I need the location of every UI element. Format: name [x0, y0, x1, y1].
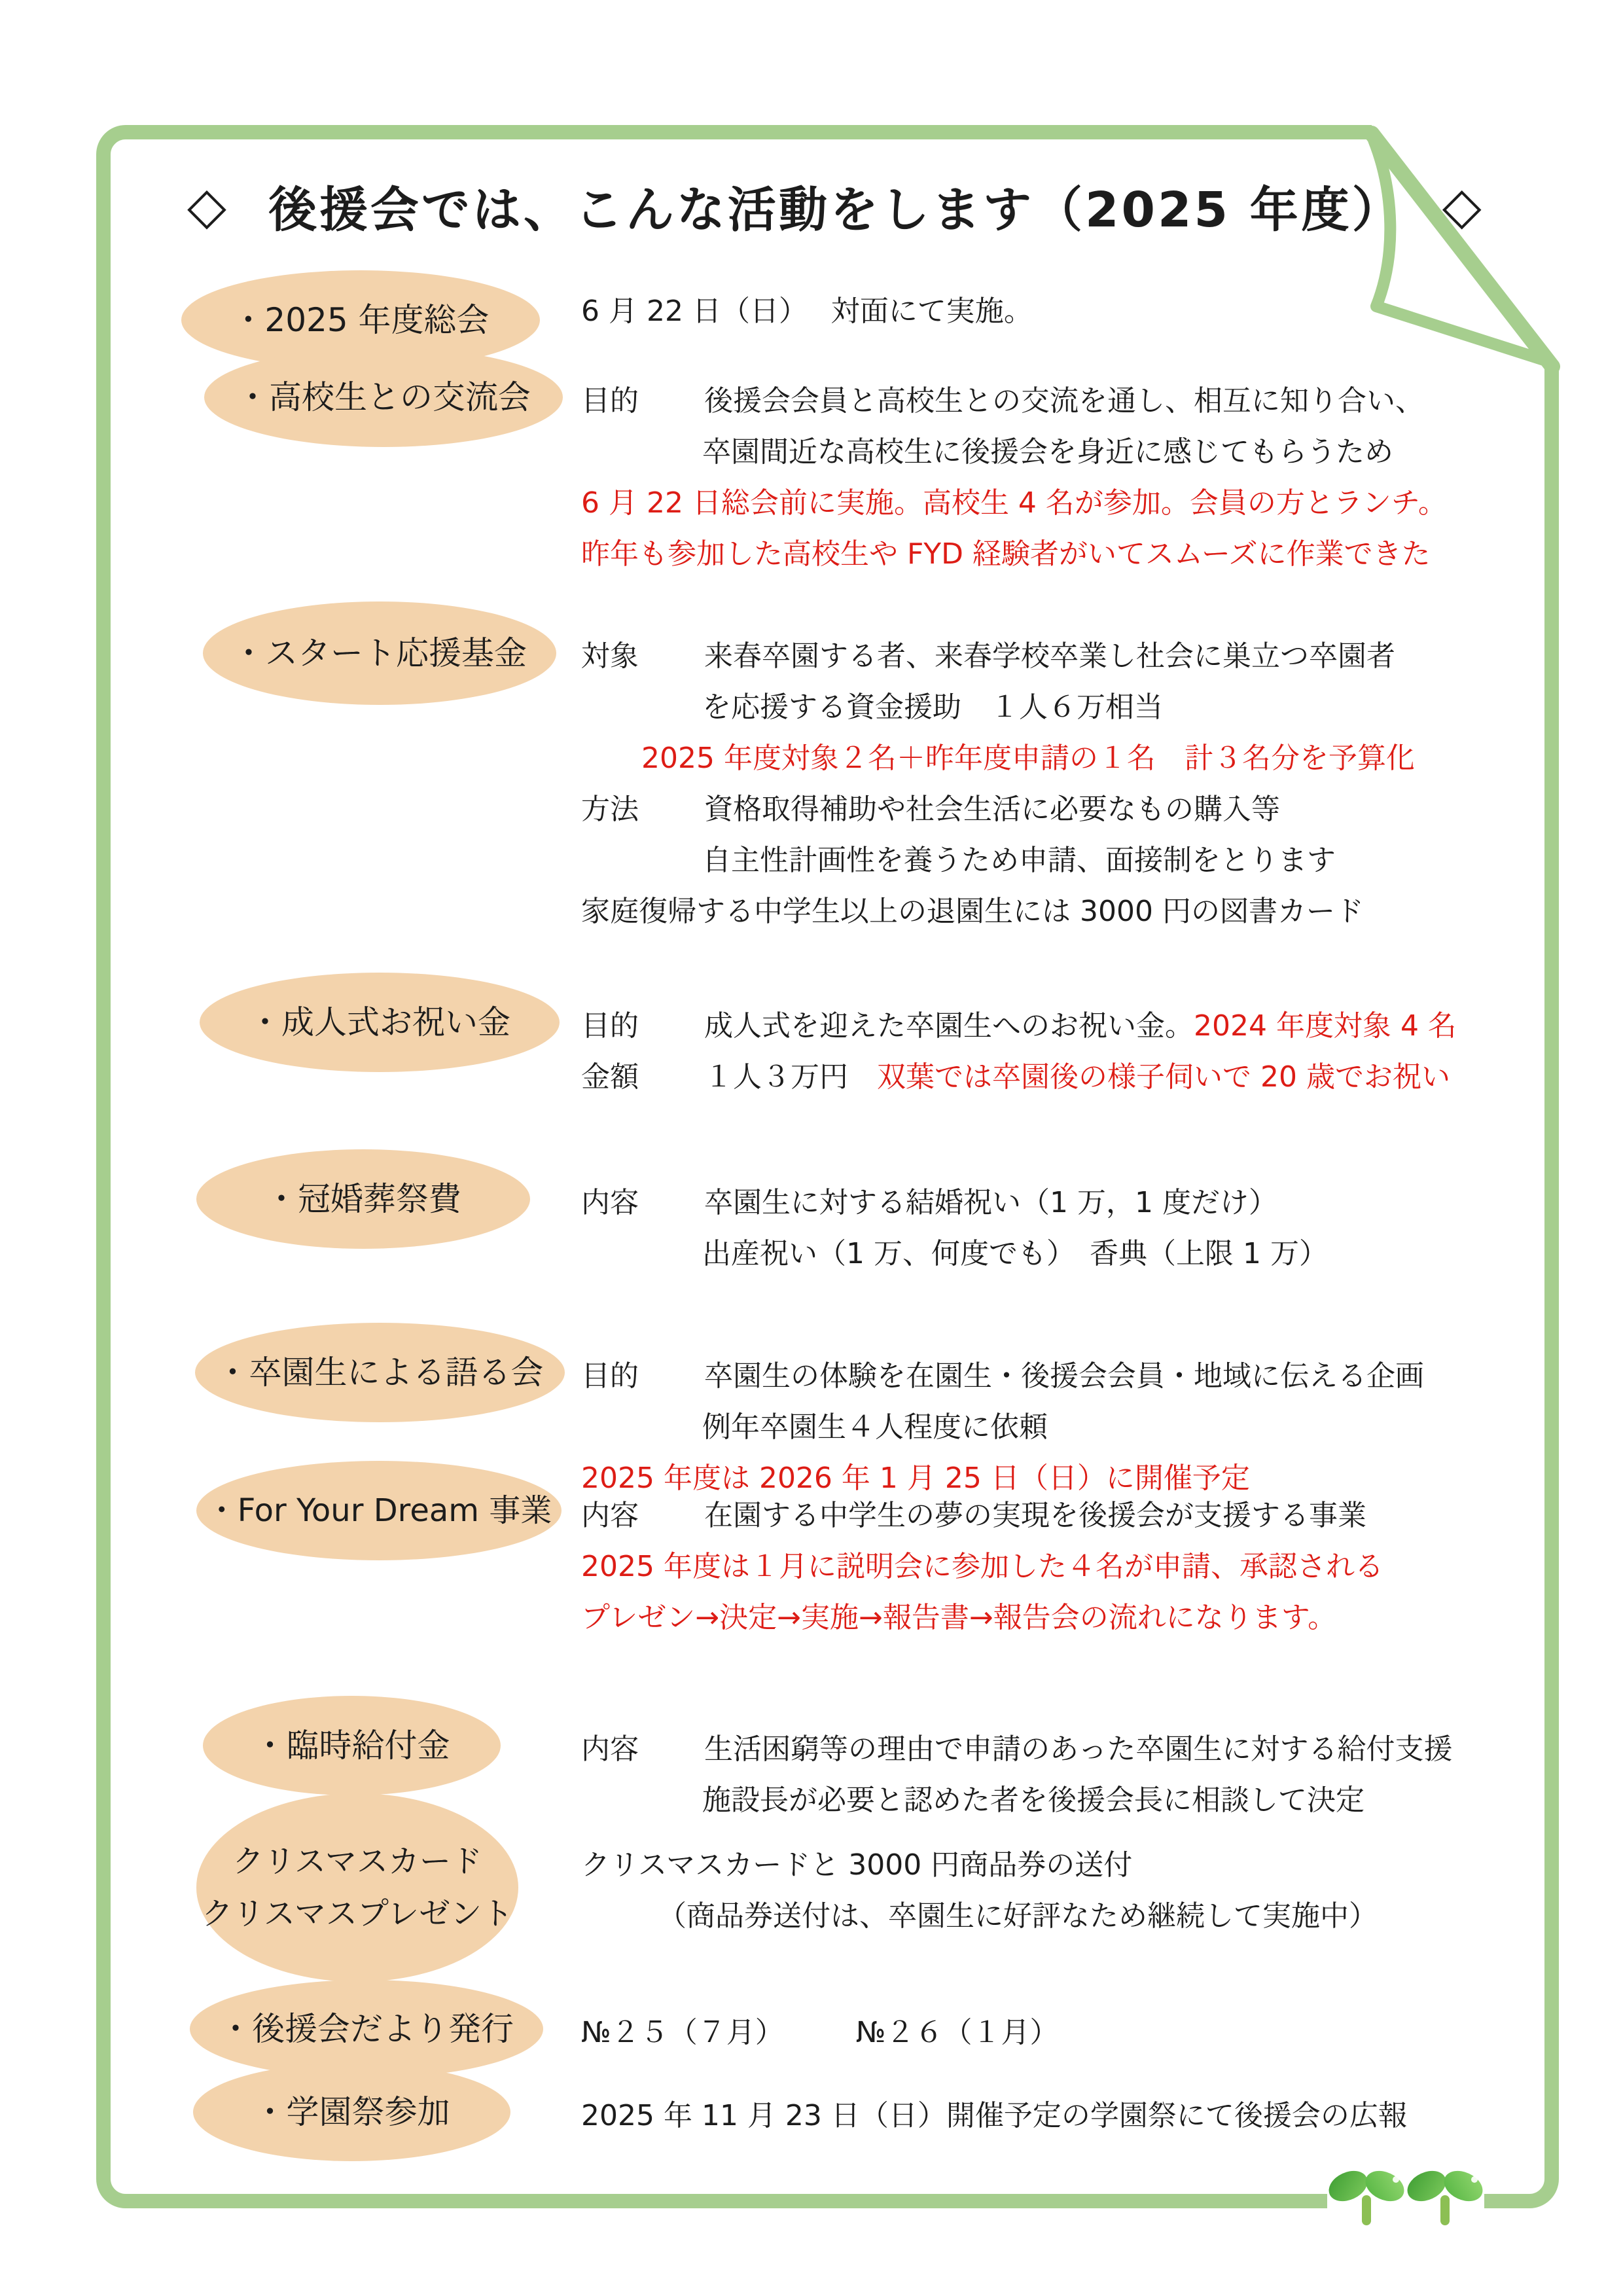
content-line: 6 月 22 日（日） 対面にて実施。 — [581, 293, 1033, 330]
content-line: 家庭復帰する中学生以上の退園生には 3000 円の図書カード — [581, 893, 1364, 930]
section-label-line: ・スタート応援基金 — [232, 627, 527, 679]
section-label-ellipse: ・For Your Dream 事業 — [196, 1461, 562, 1560]
diamond-icon-left: ◇ — [187, 177, 229, 236]
body-text: 成人式を迎えた卒園生へのお祝い金。 — [704, 1009, 1194, 1043]
section-label-ellipse: ・学園祭参加 — [193, 2063, 510, 2161]
content-line: 施設長が必要と認めた者を後援会長に相談して決定 — [702, 1782, 1364, 1819]
section-label-line: ・臨時給付金 — [254, 1719, 450, 1772]
section-label-line: クリスマスプレゼント — [202, 1888, 513, 1940]
section-label-line: ・卒園生による語る会 — [217, 1346, 544, 1399]
line-keyword: 目的 — [581, 383, 704, 420]
body-text: （商品券送付は、卒園生に好評なため継続して実施中） — [658, 1899, 1378, 1933]
body-text: １人３万円 — [704, 1060, 877, 1094]
section-label-ellipse: ・臨時給付金 — [203, 1696, 501, 1795]
section-label-ellipse: ・高校生との交流会 — [204, 348, 563, 447]
line-keyword: 金額 — [581, 1059, 704, 1096]
content-line: 自主性計画性を養うため申請、面接制をとります — [702, 842, 1336, 879]
body-text: 生活困窮等の理由で申請のあった卒園生に対する給付支援 — [704, 1732, 1453, 1766]
section-label-line: クリスマスカード — [202, 1835, 513, 1888]
body-text: 来春卒園する者、来春学校卒業し社会に巣立つ卒園者 — [704, 639, 1395, 673]
section-label: クリスマスカードクリスマスプレゼント — [202, 1835, 513, 1940]
section-label-line: ・冠婚葬祭費 — [265, 1173, 461, 1225]
content-line: （商品券送付は、卒園生に好評なため継続して実施中） — [658, 1898, 1378, 1935]
line-keyword: 目的 — [581, 1358, 704, 1395]
section-label-line: ・高校生との交流会 — [236, 371, 531, 423]
body-text: クリスマスカードと 3000 円商品券の送付 — [581, 1848, 1132, 1882]
section-label-line: ・後援会だより発行 — [219, 2003, 514, 2055]
content-line: 2025 年度は１月に説明会に参加した４名が申請、承認される — [581, 1549, 1383, 1585]
content-line: 内容在園する中学生の夢の実現を後援会が支援する事業 — [581, 1498, 1366, 1534]
section-label-line: ・For Your Dream 事業 — [206, 1484, 552, 1537]
highlight-note: 2025 年度対象２名＋昨年度申請の１名 計３名分を予算化 — [641, 742, 1415, 775]
content-line: 金額１人３万円 双葉では卒園後の様子伺いで 20 歳でお祝い — [581, 1059, 1450, 1096]
content-line: 6 月 22 日総会前に実施。高校生 4 名が参加。会員の方とランチ。 — [581, 485, 1447, 522]
section-label: ・スタート応援基金 — [232, 627, 527, 679]
body-text: 2025 年 11 月 23 日（日）開催予定の学園祭にて後援会の広報 — [581, 2099, 1407, 2132]
line-keyword: 内容 — [581, 1185, 704, 1221]
body-text: 資格取得補助や社会生活に必要なもの購入等 — [704, 793, 1280, 826]
content-line: 目的後援会会員と高校生との交流を通し、相互に知り合い、 — [581, 383, 1424, 420]
line-keyword: 目的 — [581, 1008, 704, 1045]
line-keyword: 方法 — [581, 791, 704, 828]
section-label: ・For Your Dream 事業 — [206, 1484, 552, 1537]
highlight-note: プレゼン→決定→実施→報告書→報告会の流れになります。 — [581, 1601, 1336, 1634]
content-line: 出産祝い（1 万、何度でも） 香典（上限 1 万） — [702, 1236, 1328, 1272]
section-label: ・高校生との交流会 — [236, 371, 531, 423]
section-label-ellipse: ・卒園生による語る会 — [195, 1323, 565, 1422]
section-label: ・成人式お祝い金 — [249, 996, 510, 1049]
content-line: 2025 年 11 月 23 日（日）開催予定の学園祭にて後援会の広報 — [581, 2098, 1407, 2134]
content-line: 方法資格取得補助や社会生活に必要なもの購入等 — [581, 791, 1280, 828]
section-label: ・学園祭参加 — [254, 2086, 450, 2138]
content-line: 目的成人式を迎えた卒園生へのお祝い金。2024 年度対象 4 名 — [581, 1008, 1457, 1045]
line-keyword: 内容 — [581, 1498, 704, 1534]
page-fold-icon — [1372, 134, 1552, 367]
section-label: ・冠婚葬祭費 — [265, 1173, 461, 1225]
content-line: 2025 年度は 2026 年 1 月 25 日（日）に開催予定 — [581, 1460, 1250, 1497]
content-line: №２５（７月） №２６（１月） — [581, 2015, 1059, 2051]
section-label: ・2025 年度総会 — [232, 294, 489, 346]
body-text: 後援会会員と高校生との交流を通し、相互に知り合い、 — [704, 384, 1424, 418]
body-text: 卒園間近な高校生に後援会を身近に感じてもらうため — [702, 435, 1393, 469]
highlight-note: 2025 年度は 2026 年 1 月 25 日（日）に開催予定 — [581, 1462, 1250, 1495]
page-title: ◇ 後援会では、こんな活動をします（2025 年度） ◇ — [187, 171, 1484, 241]
body-text: №２５（７月） №２６（１月） — [581, 2016, 1059, 2049]
flyer-page: ◇ 後援会では、こんな活動をします（2025 年度） ◇ ・2025 年度総会6… — [0, 0, 1623, 2296]
section-label-line: ・成人式お祝い金 — [249, 996, 510, 1049]
section-label: ・卒園生による語る会 — [217, 1346, 544, 1399]
highlight-note: 6 月 22 日総会前に実施。高校生 4 名が参加。会員の方とランチ。 — [581, 486, 1447, 520]
highlight-note: 2025 年度は１月に説明会に参加した４名が申請、承認される — [581, 1550, 1383, 1583]
section-label: ・後援会だより発行 — [219, 2003, 514, 2055]
content-line: クリスマスカードと 3000 円商品券の送付 — [581, 1847, 1132, 1884]
body-text: 施設長が必要と認めた者を後援会長に相談して決定 — [702, 1784, 1364, 1817]
body-text: 在園する中学生の夢の実現を後援会が支援する事業 — [704, 1499, 1366, 1532]
highlight-note: 昨年も参加した高校生や FYD 経験者がいてスムーズに作業できた — [581, 537, 1431, 571]
content-line: 2025 年度対象２名＋昨年度申請の１名 計３名分を予算化 — [641, 740, 1415, 777]
section-label-ellipse: ・成人式お祝い金 — [200, 973, 560, 1072]
line-keyword: 対象 — [581, 638, 704, 675]
highlight-note: 2024 年度対象 4 名 — [1194, 1009, 1457, 1043]
section-label-ellipse: ・スタート応援基金 — [203, 601, 556, 705]
body-text: 6 月 22 日（日） 対面にて実施。 — [581, 295, 1033, 328]
content-line: 例年卒園生４人程度に依頼 — [702, 1409, 1048, 1446]
content-line: を応援する資金援助 １人６万相当 — [702, 689, 1163, 726]
diamond-icon-right: ◇ — [1442, 177, 1484, 236]
section-label-line: ・2025 年度総会 — [232, 294, 489, 346]
content-line: 昨年も参加した高校生や FYD 経験者がいてスムーズに作業できた — [581, 536, 1431, 573]
body-text: 卒園生に対する結婚祝い（1 万，1 度だけ） — [704, 1186, 1277, 1219]
page-title-text: 後援会では、こんな活動をします（2025 年度） — [268, 171, 1403, 241]
content-line: 目的卒園生の体験を在園生・後援会会員・地域に伝える企画 — [581, 1358, 1424, 1395]
body-text: 自主性計画性を養うため申請、面接制をとります — [702, 844, 1336, 877]
section-label-line: ・学園祭参加 — [254, 2086, 450, 2138]
body-text: 例年卒園生４人程度に依頼 — [702, 1410, 1048, 1444]
body-text: 家庭復帰する中学生以上の退園生には 3000 円の図書カード — [581, 895, 1364, 928]
content-line: 対象来春卒園する者、来春学校卒業し社会に巣立つ卒園者 — [581, 638, 1395, 675]
content-line: プレゼン→決定→実施→報告書→報告会の流れになります。 — [581, 1600, 1336, 1636]
body-text: 卒園生の体験を在園生・後援会会員・地域に伝える企画 — [704, 1359, 1424, 1393]
body-text: 出産祝い（1 万、何度でも） 香典（上限 1 万） — [702, 1237, 1328, 1270]
line-keyword: 内容 — [581, 1731, 704, 1768]
body-text: を応援する資金援助 １人６万相当 — [702, 691, 1163, 724]
content-line: 卒園間近な高校生に後援会を身近に感じてもらうため — [702, 434, 1393, 471]
content-line: 内容生活困窮等の理由で申請のあった卒園生に対する給付支援 — [581, 1731, 1453, 1768]
section-label-ellipse: ・冠婚葬祭費 — [196, 1149, 530, 1249]
content-line: 内容卒園生に対する結婚祝い（1 万，1 度だけ） — [581, 1185, 1277, 1221]
section-label-ellipse: クリスマスカードクリスマスプレゼント — [196, 1793, 518, 1982]
highlight-note: 双葉では卒園後の様子伺いで 20 歳でお祝い — [877, 1060, 1450, 1094]
section-label: ・臨時給付金 — [254, 1719, 450, 1772]
